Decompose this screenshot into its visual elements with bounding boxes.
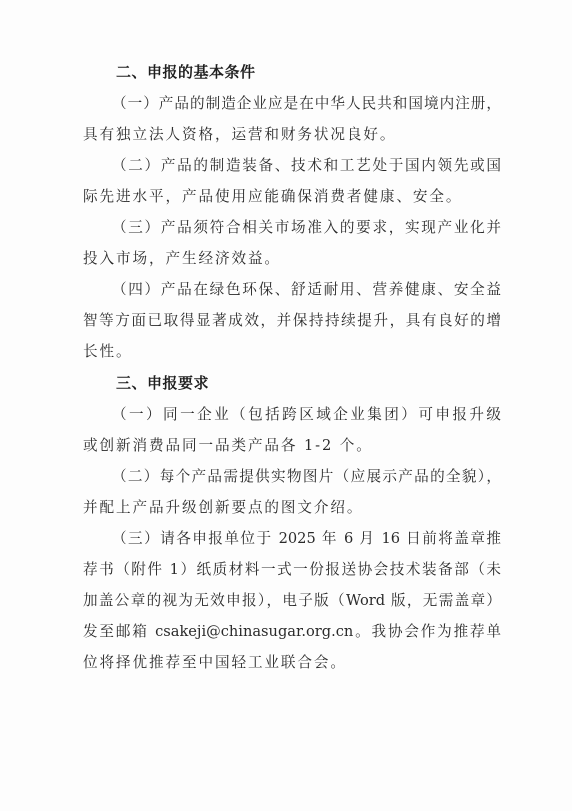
paragraph-line: （一）同一企业（包括跨区域企业集团）可申报升级 [112,405,501,425]
paragraph-line: 具有独立法人资格，运营和财务状况良好。 [83,125,501,145]
paragraph-line: 或创新消费品同一品类产品各 1-2 个。 [83,436,501,456]
paragraph-line: （一）产品的制造企业应是在中华人民共和国境内注册， [112,94,501,114]
paragraph-line-email: 发至邮箱 csakeji@chinasugar.org.cn。我协会作为推荐单 [83,622,501,642]
paragraph-line: 长性。 [83,342,501,362]
section-heading: 二、申报的基本条件 [116,62,534,82]
paragraph-line: 投入市场，产生经济效益。 [83,249,501,269]
paragraph-line: （三）产品须符合相关市场准入的要求，实现产业化并 [112,218,501,238]
paragraph-line: （二）每个产品需提供实物图片（应展示产品的全貌）， [112,467,501,487]
paragraph-line: （二）产品的制造装备、技术和工艺处于国内领先或国 [112,156,501,176]
paragraph-line: 智等方面已取得显著成效，并保持持续提升，具有良好的增 [83,311,501,331]
document-page: 二、申报的基本条件 （一）产品的制造企业应是在中华人民共和国境内注册， 具有独立… [0,0,572,811]
paragraph-line: （四）产品在绿色环保、舒适耐用、营养健康、安全益 [112,280,501,300]
paragraph-line: 位将择优推荐至中国轻工业联合会。 [83,653,501,673]
paragraph-line: 加盖公章的视为无效申报），电子版（Word 版，无需盖章） [83,591,501,611]
section-heading: 三、申报要求 [116,373,534,393]
paragraph-line: 荐书（附件 1）纸质材料一式一份报送协会技术装备部（未 [83,560,501,580]
paragraph-line: （三）请各申报单位于 2025 年 6 月 16 日前将盖章推 [112,529,501,549]
paragraph-line: 并配上产品升级创新要点的图文介绍。 [83,498,501,518]
paragraph-line: 际先进水平，产品使用应能确保消费者健康、安全。 [83,187,501,207]
